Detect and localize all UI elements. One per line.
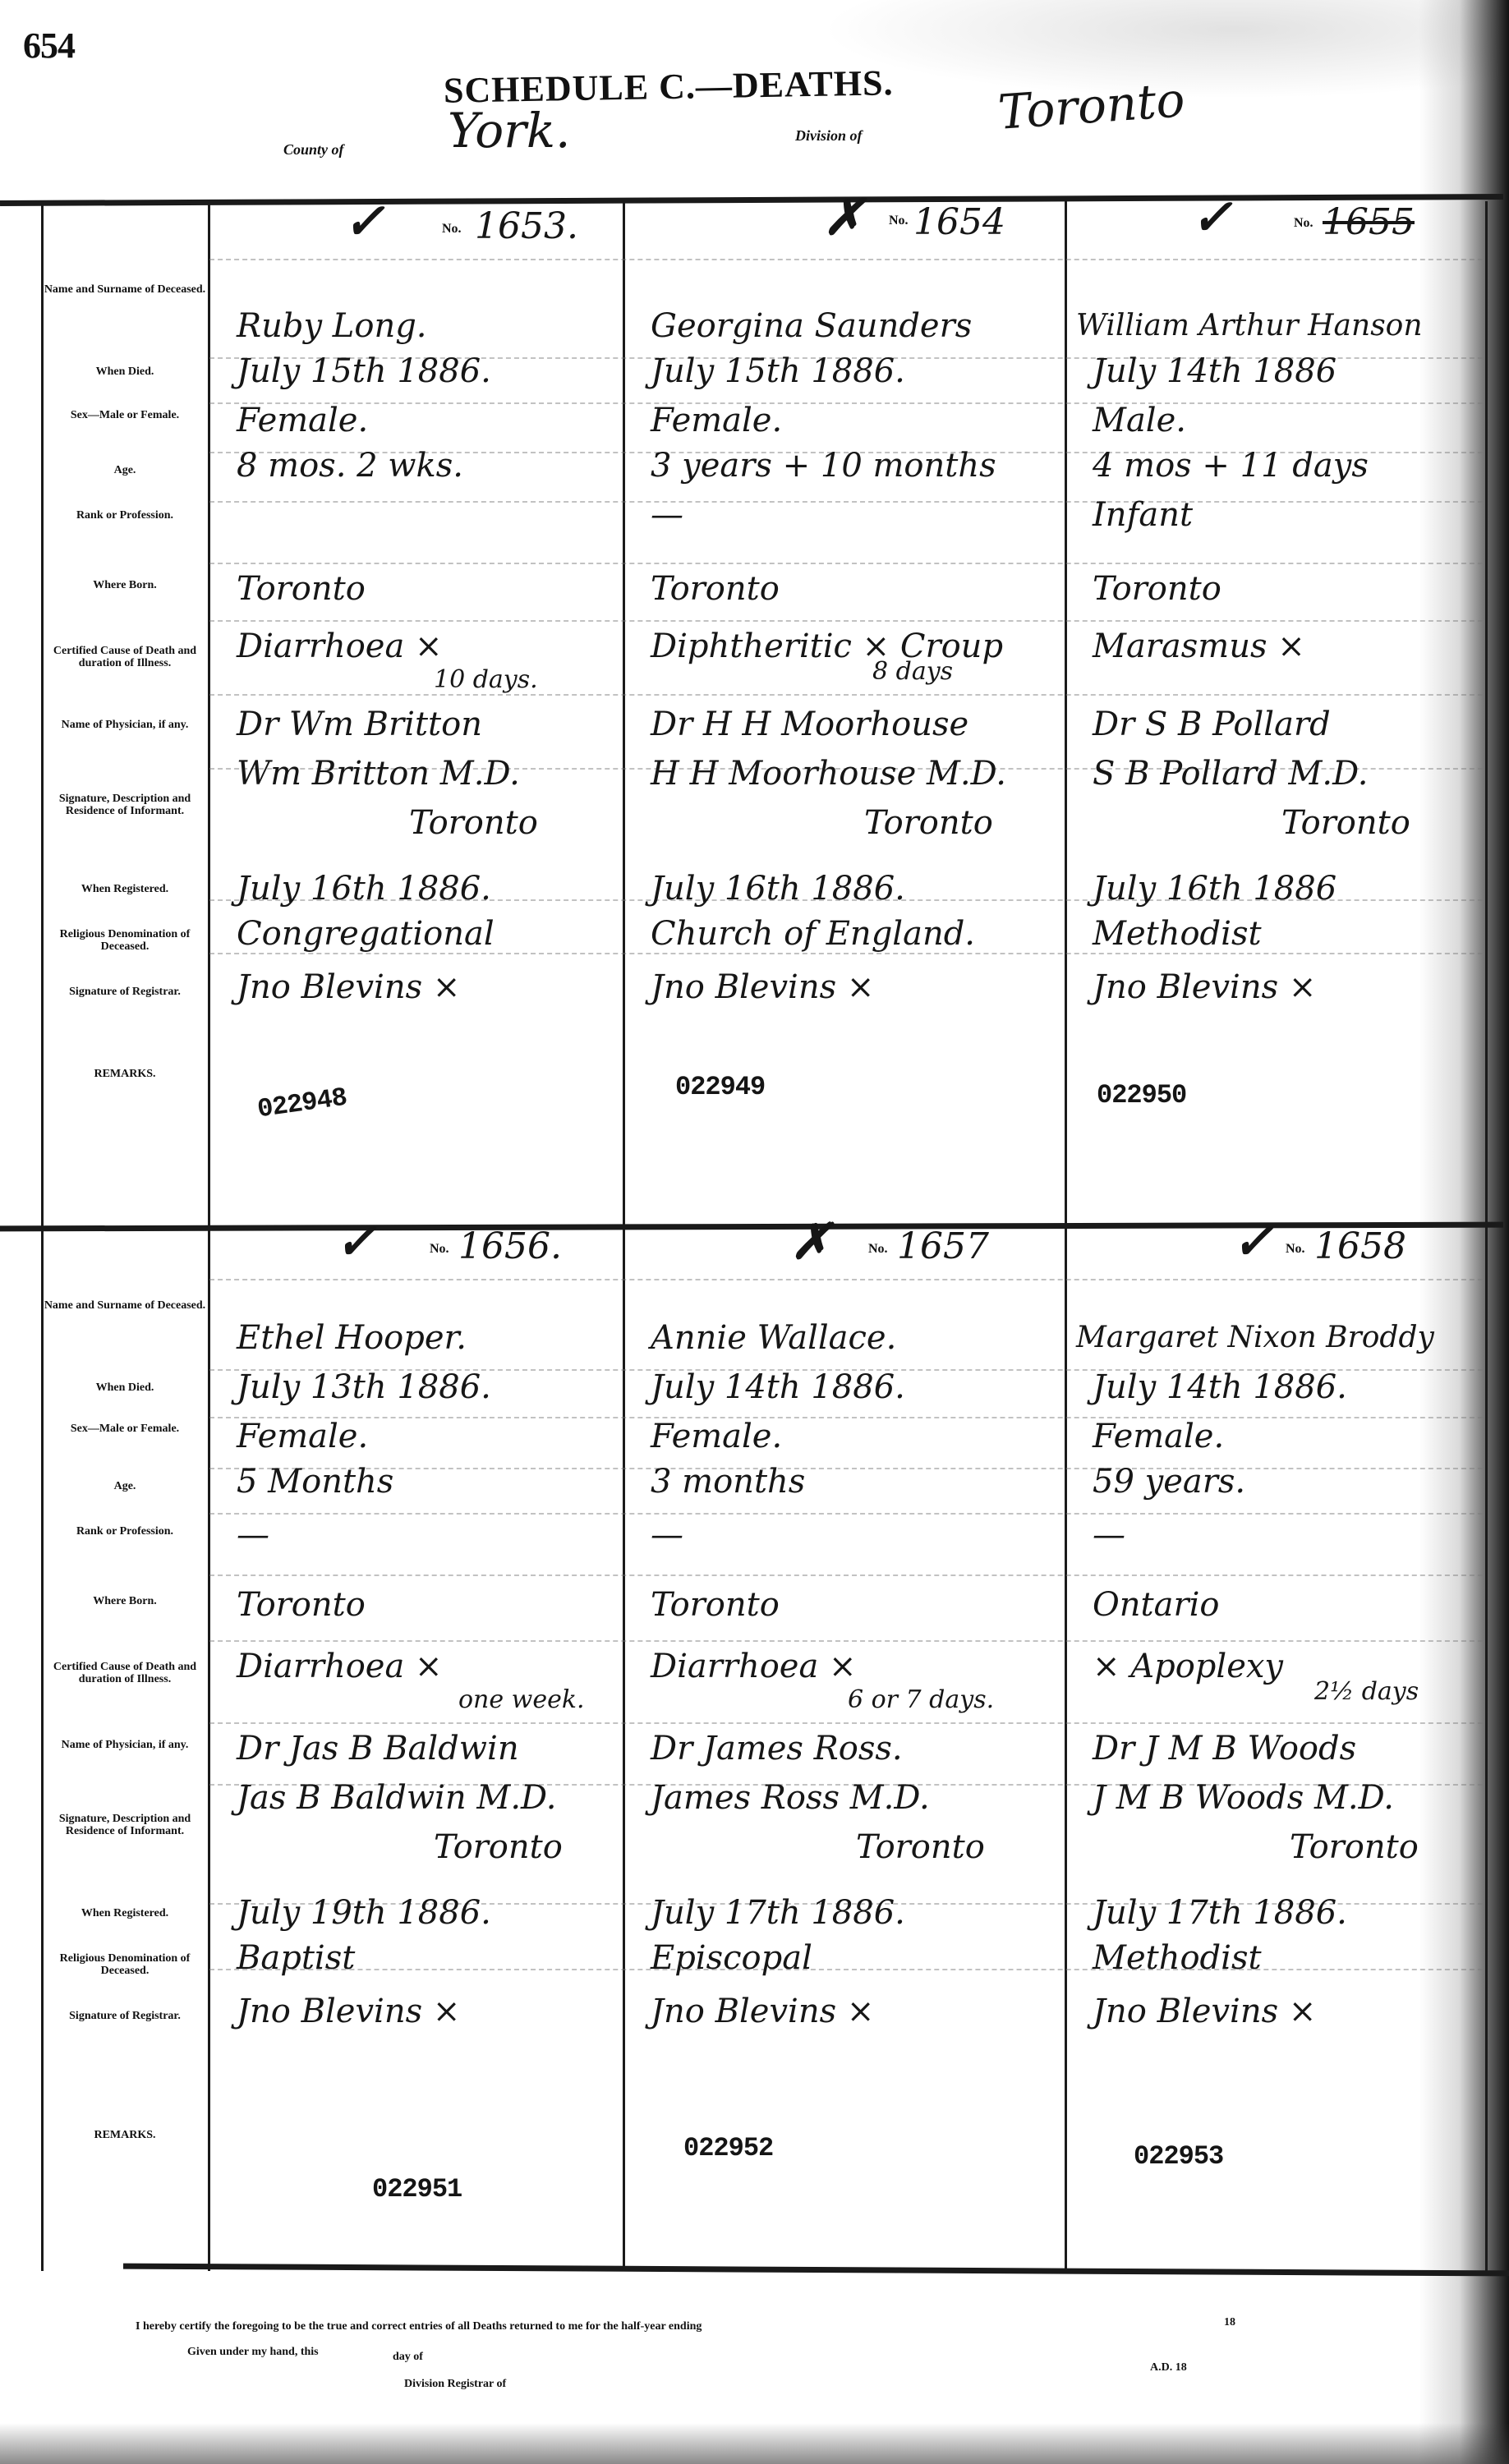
when-died: July 14th 1886.: [651, 1369, 905, 1405]
when-registered: July 16th 1886: [1093, 871, 1336, 907]
cause-of-death: Diarrhoea ×: [651, 1648, 857, 1685]
informant: J M B Woods M.D.: [1093, 1780, 1394, 1816]
religion: Church of England.: [651, 916, 975, 952]
deceased-name: Ruby Long.: [237, 308, 427, 344]
illness-duration: one week.: [458, 1685, 585, 1714]
registrar-signature: Jno Blevins ×: [237, 1993, 460, 2030]
when-registered: July 16th 1886.: [651, 871, 905, 907]
county-value: York.: [448, 103, 570, 159]
informant-residence: Toronto: [434, 1829, 563, 1865]
entry-number: 1653.: [475, 205, 578, 247]
label-physician: Name of Physician, if any.: [43, 1739, 207, 1751]
certification-text: I hereby certify the foregoing to be the…: [136, 2320, 702, 2333]
day-of: day of: [393, 2351, 423, 2364]
sex: Female.: [651, 1418, 782, 1455]
register-section-1: Name and Surname of Deceased. When Died.…: [0, 201, 1509, 1224]
label-cause: Certified Cause of Death and duration of…: [43, 645, 207, 669]
informant-residence: Toronto: [1281, 805, 1410, 841]
remarks-number: 022951: [372, 2174, 462, 2204]
physician: Dr Jas B Baldwin: [237, 1731, 519, 1767]
row-labels: Name and Surname of Deceased. When Died.…: [43, 201, 207, 1224]
cause-of-death: Marasmus ×: [1093, 628, 1305, 664]
illness-duration: 8 days: [872, 657, 953, 686]
illness-duration: 2½ days: [1314, 1677, 1419, 1706]
informant-residence: Toronto: [409, 805, 538, 841]
informant: Jas B Baldwin M.D.: [237, 1780, 556, 1816]
where-born: Ontario: [1093, 1587, 1219, 1623]
death-entry: ✓ No. 1653. Ruby Long. July 15th 1886. F…: [212, 201, 623, 1224]
label-when-registered: When Registered.: [43, 1907, 207, 1919]
sex: Female.: [651, 402, 782, 439]
label-where-born: Where Born.: [43, 579, 207, 591]
when-registered: July 17th 1886.: [1093, 1895, 1347, 1931]
where-born: Toronto: [651, 571, 780, 607]
label-remarks: REMARKS.: [43, 2129, 207, 2141]
religion: Methodist: [1093, 1940, 1262, 1976]
illness-duration: 6 or 7 days.: [848, 1685, 994, 1714]
register-section-2: Name and Surname of Deceased. When Died.…: [0, 1230, 1509, 2269]
age: 59 years.: [1093, 1464, 1245, 1500]
registrar-signature: Jno Blevins ×: [651, 969, 874, 1005]
check-mark-icon: ✓: [1191, 189, 1232, 246]
religion: Congregational: [237, 916, 495, 952]
registrar-signature: Jno Blevins ×: [651, 1993, 874, 2030]
entry-no-label: No.: [889, 214, 909, 228]
entry-number: 1655: [1323, 201, 1415, 243]
register-page: 654 SCHEDULE C.—DEATHS. County of York. …: [0, 0, 1509, 2464]
when-died: July 15th 1886.: [651, 353, 905, 389]
when-died: July 15th 1886.: [237, 353, 491, 389]
informant-residence: Toronto: [856, 1829, 985, 1865]
where-born: Toronto: [651, 1587, 780, 1623]
certification-year: 18: [1224, 2316, 1235, 2329]
where-born: Toronto: [237, 571, 366, 607]
informant: James Ross M.D.: [651, 1780, 930, 1816]
label-cause: Certified Cause of Death and duration of…: [43, 1661, 207, 1685]
religion: Baptist: [237, 1940, 355, 1976]
page-number: 654: [23, 25, 75, 67]
when-died: July 13th 1886.: [237, 1369, 491, 1405]
label-religion: Religious Denomination of Deceased.: [43, 1952, 207, 1977]
label-when-died: When Died.: [43, 365, 207, 378]
remarks-number: 022949: [675, 1072, 765, 1102]
division-label: Division of: [795, 127, 863, 145]
label-sex: Sex—Male or Female.: [43, 409, 207, 421]
deceased-name: Margaret Nixon Broddy: [1076, 1320, 1434, 1356]
death-entry: ✗ No. 1654 Georgina Saunders July 15th 1…: [626, 201, 1065, 1224]
rank: —: [651, 1517, 683, 1553]
rank: Infant: [1093, 497, 1193, 533]
age: 3 years + 10 months: [651, 448, 996, 484]
remarks-number: 022950: [1097, 1080, 1186, 1110]
division-registrar: Division Registrar of: [404, 2378, 506, 2391]
physician: Dr H H Moorhouse: [651, 706, 968, 742]
remarks-number: 022953: [1134, 2141, 1223, 2172]
check-mark-icon: ✓: [343, 193, 384, 251]
label-age: Age.: [43, 464, 207, 476]
physician: Dr S B Pollard: [1093, 706, 1331, 742]
age: 8 mos. 2 wks.: [237, 448, 463, 484]
label-informant: Signature, Description and Residence of …: [43, 1813, 207, 1837]
age: 4 mos + 11 days: [1093, 448, 1369, 484]
rank: —: [237, 1517, 269, 1553]
rank: —: [651, 497, 683, 533]
entry-no-label: No.: [442, 222, 462, 237]
informant: S B Pollard M.D.: [1093, 756, 1369, 792]
physician: Dr James Ross.: [651, 1731, 903, 1767]
death-entry: ✗ No. 1657 Annie Wallace. July 14th 1886…: [626, 1230, 1065, 2269]
label-when-died: When Died.: [43, 1381, 207, 1394]
age: 5 Months: [237, 1464, 393, 1500]
label-physician: Name of Physician, if any.: [43, 719, 207, 731]
label-remarks: REMARKS.: [43, 1068, 207, 1080]
check-mark-icon: ✓: [335, 1213, 376, 1271]
where-born: Toronto: [237, 1587, 366, 1623]
entry-no-label: No.: [1294, 216, 1313, 231]
registrar-signature: Jno Blevins ×: [237, 969, 460, 1005]
sex: Female.: [1093, 1418, 1224, 1455]
cross-mark-icon: ✗: [823, 189, 864, 246]
label-rank: Rank or Profession.: [43, 1525, 207, 1538]
deceased-name: Georgina Saunders: [651, 308, 972, 344]
entry-no-label: No.: [430, 1242, 449, 1257]
deceased-name: Annie Wallace.: [651, 1320, 896, 1356]
label-informant: Signature, Description and Residence of …: [43, 793, 207, 817]
remarks-number: 022948: [255, 1083, 348, 1125]
when-registered: July 19th 1886.: [237, 1895, 491, 1931]
physician: Dr J M B Woods: [1093, 1731, 1356, 1767]
cause-of-death: × Apoplexy: [1093, 1648, 1283, 1685]
deceased-name: William Arthur Hanson: [1076, 308, 1423, 344]
when-registered: July 16th 1886.: [237, 871, 491, 907]
age: 3 months: [651, 1464, 805, 1500]
sex: Female.: [237, 1418, 368, 1455]
cause-of-death: Diarrhoea ×: [237, 1648, 443, 1685]
religion: Episcopal: [651, 1940, 812, 1976]
registrar-signature: Jno Blevins ×: [1093, 969, 1316, 1005]
when-died: July 14th 1886.: [1093, 1369, 1347, 1405]
when-died: July 14th 1886: [1093, 353, 1336, 389]
row-labels: Name and Surname of Deceased. When Died.…: [43, 1230, 207, 2269]
label-age: Age.: [43, 1480, 207, 1492]
physician: Dr Wm Britton: [237, 706, 482, 742]
rank: —: [1093, 1517, 1125, 1553]
label-name: Name and Surname of Deceased.: [43, 1299, 207, 1312]
label-registrar: Signature of Registrar.: [43, 986, 207, 998]
division-value: Toronto: [996, 71, 1187, 140]
label-where-born: Where Born.: [43, 1595, 207, 1607]
informant: Wm Britton M.D.: [237, 756, 520, 792]
label-sex: Sex—Male or Female.: [43, 1423, 207, 1435]
informant-residence: Toronto: [1290, 1829, 1419, 1865]
entry-number: 1654: [913, 201, 1005, 243]
label-name: Name and Surname of Deceased.: [43, 283, 207, 296]
entry-number: 1657: [897, 1225, 989, 1267]
sex: Male.: [1093, 402, 1186, 439]
page-bottom-shadow: [0, 2423, 1509, 2464]
informant-residence: Toronto: [864, 805, 993, 841]
entry-no-label: No.: [1286, 1242, 1305, 1257]
where-born: Toronto: [1093, 571, 1221, 607]
death-entry: ✓ No. 1658 Margaret Nixon Broddy July 14…: [1068, 1230, 1485, 2269]
entry-number: 1656.: [458, 1225, 562, 1267]
deceased-name: Ethel Hooper.: [237, 1320, 467, 1356]
label-religion: Religious Denomination of Deceased.: [43, 928, 207, 953]
registrar-signature: Jno Blevins ×: [1093, 1993, 1316, 2030]
remarks-number: 022952: [683, 2133, 773, 2163]
illness-duration: 10 days.: [434, 665, 538, 694]
check-mark-icon: ✓: [1232, 1213, 1273, 1271]
when-registered: July 17th 1886.: [651, 1895, 905, 1931]
death-entry: ✓ No. 1656. Ethel Hooper. July 13th 1886…: [212, 1230, 623, 2269]
entry-no-label: No.: [868, 1242, 888, 1257]
label-registrar: Signature of Registrar.: [43, 2010, 207, 2022]
label-rank: Rank or Profession.: [43, 509, 207, 522]
county-label: County of: [283, 141, 344, 159]
religion: Methodist: [1093, 916, 1262, 952]
death-entry: ✓ No. 1655 William Arthur Hanson July 14…: [1068, 201, 1485, 1224]
cross-mark-icon: ✗: [790, 1213, 831, 1271]
cause-of-death: Diarrhoea ×: [237, 628, 443, 664]
informant: H H Moorhouse M.D.: [651, 756, 1006, 792]
given-under-hand: Given under my hand, this: [187, 2346, 319, 2359]
sex: Female.: [237, 402, 368, 439]
anno-domini: A.D. 18: [1150, 2361, 1187, 2374]
entry-number: 1658: [1314, 1225, 1406, 1267]
label-when-registered: When Registered.: [43, 883, 207, 895]
